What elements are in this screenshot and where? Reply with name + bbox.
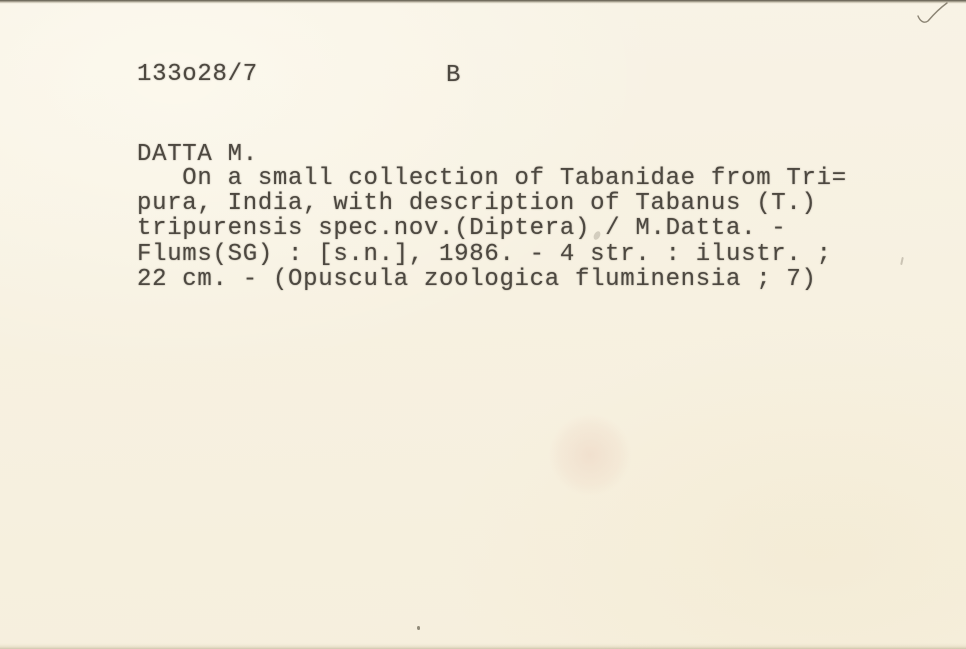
stray-mark bbox=[900, 257, 904, 265]
catalog-card: 133o28/7 B DATTA M. On a small collectio… bbox=[0, 0, 966, 649]
bibliographic-entry: On a small collection of Tabanidae from … bbox=[137, 166, 847, 292]
entry-line: pura, India, with description of Tabanus… bbox=[137, 191, 847, 216]
entry-line: Flums(SG) : [s.n.], 1986. - 4 str. : ilu… bbox=[137, 242, 847, 267]
card-top-edge bbox=[0, 0, 966, 4]
call-number: 133o28/7 bbox=[137, 61, 258, 88]
paper-speck bbox=[417, 626, 420, 630]
entry-line: tripurensis spec.nov.(Diptera) / M.Datta… bbox=[137, 216, 847, 241]
entry-line: 22 cm. - (Opuscula zoologica fluminensia… bbox=[137, 267, 847, 292]
card-bottom-edge bbox=[0, 643, 966, 649]
entry-line: On a small collection of Tabanidae from … bbox=[137, 166, 847, 191]
section-letter: B bbox=[446, 62, 461, 89]
checkmark-icon bbox=[910, 0, 960, 34]
author-heading: DATTA M. bbox=[137, 141, 258, 168]
paper-stain bbox=[535, 400, 645, 510]
